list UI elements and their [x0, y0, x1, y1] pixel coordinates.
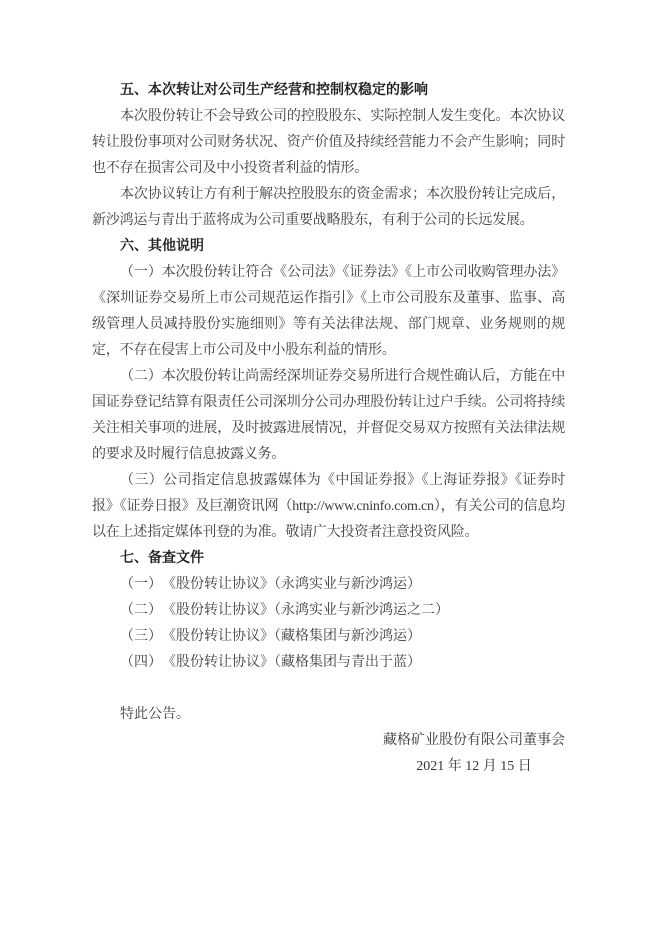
reference-document-4: （四） 《股份转让协议》（藏格集团与青出于蓝）	[92, 650, 565, 676]
closing-statement: 特此公告。	[92, 702, 565, 728]
section-5-paragraph-2: 本次协议转让方有利于解决控股股东的资金需求；本次股份转让完成后，新沙鸿运与青出于…	[92, 182, 565, 234]
signature-block: 藏格矿业股份有限公司董事会 2021 年 12 月 15 日	[92, 728, 565, 780]
announcement-page: 五、本次转让对公司生产经营和控制权稳定的影响 本次股份转让不会导致公司的控股股东…	[0, 0, 660, 933]
section-6-item-2: （二）本次股份转让尚需经深圳证券交易所进行合规性确认后，方能在中国证券登记结算有…	[92, 364, 565, 468]
reference-document-2: （二） 《股份转让协议》（永鸿实业与新沙鸿运之二）	[92, 598, 565, 624]
section-6-heading: 六、其他说明	[92, 234, 565, 260]
section-7-heading: 七、备查文件	[92, 546, 565, 572]
section-5-paragraph-1: 本次股份转让不会导致公司的控股股东、实际控制人发生变化。本次协议转让股份事项对公…	[92, 104, 565, 182]
announcement-date: 2021 年 12 月 15 日	[383, 754, 565, 780]
company-signature: 藏格矿业股份有限公司董事会	[383, 728, 565, 754]
reference-document-3: （三） 《股份转让协议》（藏格集团与新沙鸿运）	[92, 624, 565, 650]
reference-document-1: （一） 《股份转让协议》（永鸿实业与新沙鸿运）	[92, 572, 565, 598]
signature-inner: 藏格矿业股份有限公司董事会 2021 年 12 月 15 日	[383, 728, 565, 780]
section-5-heading: 五、本次转让对公司生产经营和控制权稳定的影响	[92, 78, 565, 104]
section-6-item-3: （三）公司指定信息披露媒体为《中国证券报》《上海证券报》《证券时报》《证券日报》…	[92, 468, 565, 546]
section-6-item-1: （一）本次股份转让符合《公司法》《证券法》《上市公司收购管理办法》《深圳证券交易…	[92, 260, 565, 364]
